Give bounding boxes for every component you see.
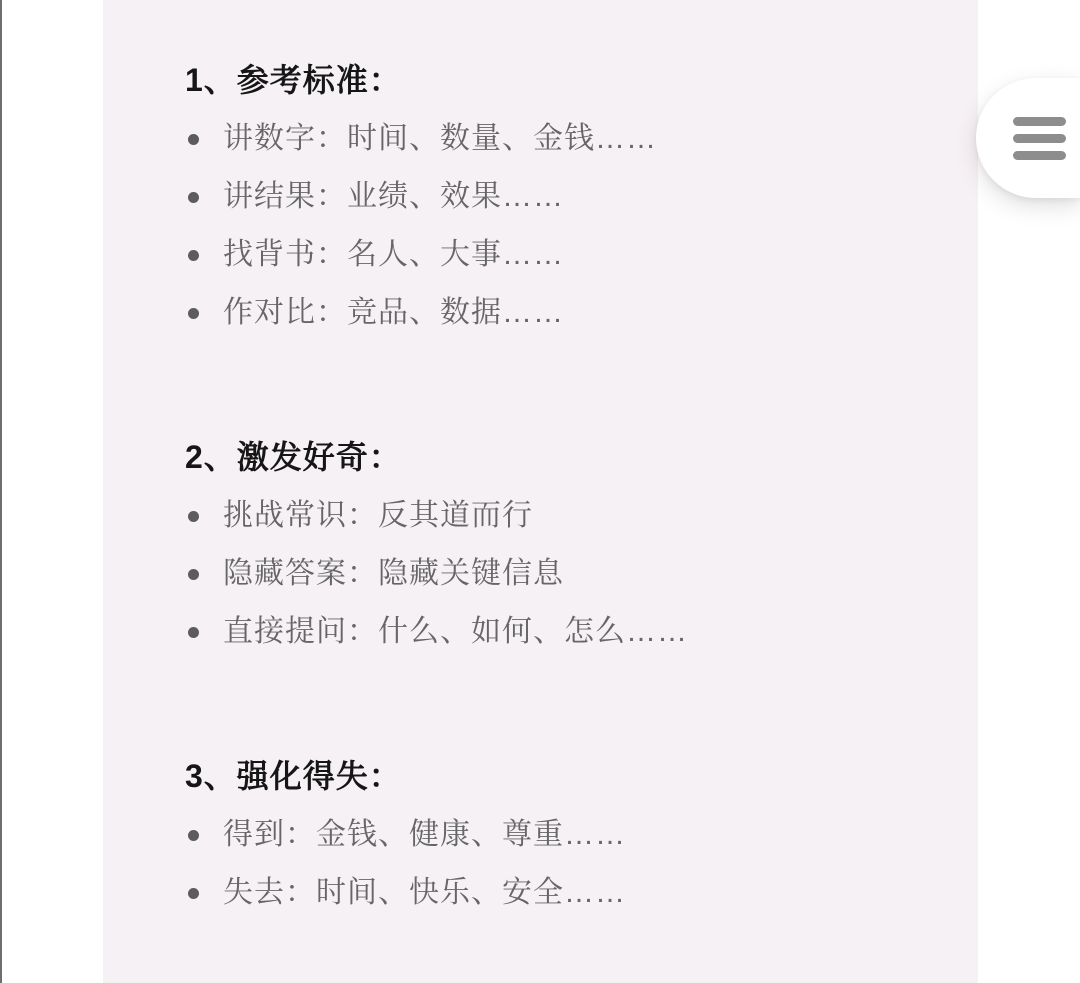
bullet-dot-icon: [188, 830, 199, 841]
section-heading: 1、参考标准：: [185, 60, 938, 100]
list-item-text: 失去：时间、快乐、安全……: [223, 876, 626, 909]
list-item-text: 作对比：竞品、数据……: [223, 296, 564, 329]
document-body: 1、参考标准： 讲数字：时间、数量、金钱…… 讲结果：业绩、效果…… 找背书：名…: [103, 0, 978, 922]
list-item-text: 讲数字：时间、数量、金钱……: [223, 122, 657, 155]
section-heading: 2、激发好奇：: [185, 437, 938, 477]
list-item-text: 挑战常识：反其道而行: [223, 499, 533, 532]
hamburger-menu-icon: [1013, 117, 1066, 160]
list-item-text: 讲结果：业绩、效果……: [223, 180, 564, 213]
bullet-list: 挑战常识：反其道而行 隐藏答案：隐藏关键信息 直接提问：什么、如何、怎么……: [185, 487, 938, 661]
bullet-dot-icon: [188, 134, 199, 145]
floating-menu-button[interactable]: [976, 78, 1080, 198]
list-item: 讲结果：业绩、效果……: [185, 168, 938, 226]
section-reference-standards: 1、参考标准： 讲数字：时间、数量、金钱…… 讲结果：业绩、效果…… 找背书：名…: [185, 60, 938, 342]
bullet-dot-icon: [188, 250, 199, 261]
list-item: 直接提问：什么、如何、怎么……: [185, 603, 938, 661]
list-item-text: 直接提问：什么、如何、怎么……: [223, 615, 688, 648]
bullet-dot-icon: [188, 511, 199, 522]
bullet-dot-icon: [188, 888, 199, 899]
list-item-text: 得到：金钱、健康、尊重……: [223, 818, 626, 851]
bullet-list: 得到：金钱、健康、尊重…… 失去：时间、快乐、安全……: [185, 806, 938, 922]
bullet-dot-icon: [188, 192, 199, 203]
list-item-text: 找背书：名人、大事……: [223, 238, 564, 271]
list-item-text: 隐藏答案：隐藏关键信息: [223, 557, 564, 590]
list-item: 得到：金钱、健康、尊重……: [185, 806, 938, 864]
bullet-list: 讲数字：时间、数量、金钱…… 讲结果：业绩、效果…… 找背书：名人、大事…… 作…: [185, 110, 938, 342]
bullet-dot-icon: [188, 569, 199, 580]
bullet-dot-icon: [188, 308, 199, 319]
bullet-dot-icon: [188, 627, 199, 638]
list-item: 隐藏答案：隐藏关键信息: [185, 545, 938, 603]
window-edge-line: [0, 0, 2, 983]
list-item: 失去：时间、快乐、安全……: [185, 864, 938, 922]
section-heading: 3、强化得失：: [185, 756, 938, 796]
list-item: 作对比：竞品、数据……: [185, 284, 938, 342]
list-item: 讲数字：时间、数量、金钱……: [185, 110, 938, 168]
list-item: 挑战常识：反其道而行: [185, 487, 938, 545]
list-item: 找背书：名人、大事……: [185, 226, 938, 284]
section-spark-curiosity: 2、激发好奇： 挑战常识：反其道而行 隐藏答案：隐藏关键信息 直接提问：什么、如…: [185, 437, 938, 661]
document-content-panel: 1、参考标准： 讲数字：时间、数量、金钱…… 讲结果：业绩、效果…… 找背书：名…: [103, 0, 978, 983]
section-gain-loss: 3、强化得失： 得到：金钱、健康、尊重…… 失去：时间、快乐、安全……: [185, 756, 938, 922]
